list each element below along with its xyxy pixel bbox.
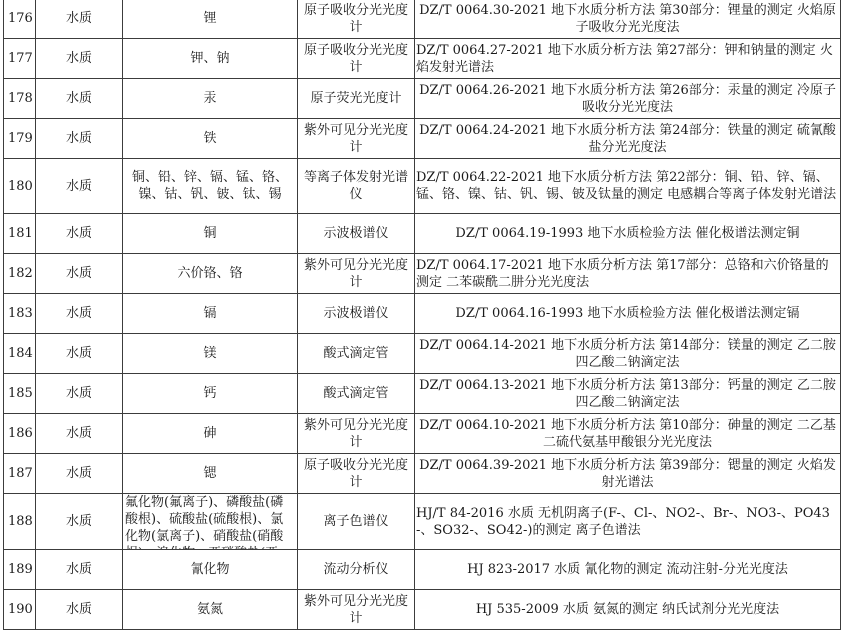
row-number: 190 <box>4 590 36 630</box>
standard-cell: HJ/T 84-2016 水质 无机阴离子(F-、Cl-、NO2-、Br-、NO… <box>415 494 841 550</box>
item-cell: 钙 <box>123 374 298 414</box>
category-cell: 水质 <box>36 254 123 294</box>
row-number: 189 <box>4 550 36 590</box>
row-number: 182 <box>4 254 36 294</box>
category-cell: 水质 <box>36 214 123 254</box>
instrument-cell: 紫外可见分光光度计 <box>298 254 415 294</box>
standard-cell: DZ/T 0064.16-1993 地下水质检验方法 催化极谱法测定镉 <box>415 294 841 334</box>
item-cell: 镉 <box>123 294 298 334</box>
category-cell: 水质 <box>36 374 123 414</box>
row-number: 180 <box>4 159 36 214</box>
instrument-cell: 示波极谱仪 <box>298 214 415 254</box>
instrument-cell: 等离子体发射光谱仪 <box>298 159 415 214</box>
row-number: 178 <box>4 79 36 119</box>
standard-cell: DZ/T 0064.22-2021 地下水质分析方法 第22部分：铜、铅、锌、镉… <box>415 159 841 214</box>
table-row: 182 水质 六价铬、铬 紫外可见分光光度计 DZ/T 0064.17-2021… <box>4 254 841 294</box>
category-cell: 水质 <box>36 119 123 159</box>
standard-cell: DZ/T 0064.27-2021 地下水质分析方法 第27部分：钾和钠量的测定… <box>415 39 841 79</box>
table-row: 180 水质 铜、铅、锌、镉、锰、铬、镍、钴、钒、铍、钛、锡 等离子体发射光谱仪… <box>4 159 841 214</box>
instrument-cell: 酸式滴定管 <box>298 334 415 374</box>
table-row: 178 水质 汞 原子荧光光度计 DZ/T 0064.26-2021 地下水质分… <box>4 79 841 119</box>
item-cell: 钾、钠 <box>123 39 298 79</box>
instrument-cell: 示波极谱仪 <box>298 294 415 334</box>
standard-cell: HJ 823-2017 水质 氰化物的测定 流动注射-分光光度法 <box>415 550 841 590</box>
item-cell: 汞 <box>123 79 298 119</box>
table-row: 185 水质 钙 酸式滴定管 DZ/T 0064.13-2021 地下水质分析方… <box>4 374 841 414</box>
category-cell: 水质 <box>36 454 123 494</box>
instrument-cell: 紫外可见分光光度计 <box>298 414 415 454</box>
item-cell: 六价铬、铬 <box>123 254 298 294</box>
instrument-cell: 原子吸收分光光度计 <box>298 0 415 39</box>
table-row: 179 水质 铁 紫外可见分光光度计 DZ/T 0064.24-2021 地下水… <box>4 119 841 159</box>
category-cell: 水质 <box>36 39 123 79</box>
table-row: 184 水质 镁 酸式滴定管 DZ/T 0064.14-2021 地下水质分析方… <box>4 334 841 374</box>
table-row: 187 水质 锶 原子吸收分光光度计 DZ/T 0064.39-2021 地下水… <box>4 454 841 494</box>
instrument-cell: 原子吸收分光光度计 <box>298 39 415 79</box>
standard-cell: DZ/T 0064.14-2021 地下水质分析方法 第14部分：镁量的测定 乙… <box>415 334 841 374</box>
standard-cell: DZ/T 0064.19-1993 地下水质检验方法 催化极谱法测定铜 <box>415 214 841 254</box>
instrument-cell: 紫外可见分光光度计 <box>298 590 415 630</box>
standard-cell: DZ/T 0064.24-2021 地下水质分析方法 第24部分：铁量的测定 硫… <box>415 119 841 159</box>
row-number: 176 <box>4 0 36 39</box>
standard-cell: HJ 535-2009 水质 氨氮的测定 纳氏试剂分光光度法 <box>415 590 841 630</box>
row-number: 186 <box>4 414 36 454</box>
test-methods-table: 176 水质 锂 原子吸收分光光度计 DZ/T 0064.30-2021 地下水… <box>3 0 841 630</box>
instrument-cell: 流动分析仪 <box>298 550 415 590</box>
standard-cell: DZ/T 0064.13-2021 地下水质分析方法 第13部分：钙量的测定 乙… <box>415 374 841 414</box>
standard-cell: DZ/T 0064.30-2021 地下水质分析方法 第30部分：锂量的测定 火… <box>415 0 841 39</box>
standard-cell: DZ/T 0064.39-2021 地下水质分析方法 第39部分：锶量的测定 火… <box>415 454 841 494</box>
item-cell: 铜 <box>123 214 298 254</box>
instrument-cell: 原子吸收分光光度计 <box>298 454 415 494</box>
standard-cell: DZ/T 0064.17-2021 地下水质分析方法 第17部分：总铬和六价铬量… <box>415 254 841 294</box>
instrument-cell: 原子荧光光度计 <box>298 79 415 119</box>
table-row: 189 水质 氰化物 流动分析仪 HJ 823-2017 水质 氰化物的测定 流… <box>4 550 841 590</box>
instrument-cell: 离子色谱仪 <box>298 494 415 550</box>
category-cell: 水质 <box>36 294 123 334</box>
item-cell: 铜、铅、锌、镉、锰、铬、镍、钴、钒、铍、钛、锡 <box>123 159 298 214</box>
category-cell: 水质 <box>36 494 123 550</box>
category-cell: 水质 <box>36 550 123 590</box>
table-row: 181 水质 铜 示波极谱仪 DZ/T 0064.19-1993 地下水质检验方… <box>4 214 841 254</box>
row-number: 188 <box>4 494 36 550</box>
category-cell: 水质 <box>36 159 123 214</box>
table-row: 183 水质 镉 示波极谱仪 DZ/T 0064.16-1993 地下水质检验方… <box>4 294 841 334</box>
category-cell: 水质 <box>36 79 123 119</box>
standard-cell: DZ/T 0064.10-2021 地下水质分析方法 第10部分：砷量的测定 二… <box>415 414 841 454</box>
instrument-cell: 酸式滴定管 <box>298 374 415 414</box>
row-number: 179 <box>4 119 36 159</box>
row-number: 181 <box>4 214 36 254</box>
row-number: 187 <box>4 454 36 494</box>
item-cell: 锶 <box>123 454 298 494</box>
table-row: 188 水质 氟化物(氟离子)、磷酸盐(磷酸根)、硫酸盐(硫酸根)、氯化物(氯离… <box>4 494 841 550</box>
category-cell: 水质 <box>36 0 123 39</box>
item-cell: 锂 <box>123 0 298 39</box>
table-row: 186 水质 砷 紫外可见分光光度计 DZ/T 0064.10-2021 地下水… <box>4 414 841 454</box>
item-cell: 镁 <box>123 334 298 374</box>
table-row: 177 水质 钾、钠 原子吸收分光光度计 DZ/T 0064.27-2021 地… <box>4 39 841 79</box>
item-cell: 氨氮 <box>123 590 298 630</box>
item-cell: 铁 <box>123 119 298 159</box>
item-cell: 氰化物 <box>123 550 298 590</box>
item-cell: 砷 <box>123 414 298 454</box>
item-cell: 氟化物(氟离子)、磷酸盐(磷酸根)、硫酸盐(硫酸根)、氯化物(氯离子)、硝酸盐(… <box>123 494 298 550</box>
instrument-cell: 紫外可见分光光度计 <box>298 119 415 159</box>
row-number: 177 <box>4 39 36 79</box>
row-number: 184 <box>4 334 36 374</box>
table-row: 190 水质 氨氮 紫外可见分光光度计 HJ 535-2009 水质 氨氮的测定… <box>4 590 841 630</box>
row-number: 183 <box>4 294 36 334</box>
category-cell: 水质 <box>36 334 123 374</box>
category-cell: 水质 <box>36 590 123 630</box>
standard-cell: DZ/T 0064.26-2021 地下水质分析方法 第26部分：汞量的测定 冷… <box>415 79 841 119</box>
table-row: 176 水质 锂 原子吸收分光光度计 DZ/T 0064.30-2021 地下水… <box>4 0 841 39</box>
category-cell: 水质 <box>36 414 123 454</box>
row-number: 185 <box>4 374 36 414</box>
item-text: 氟化物(氟离子)、磷酸盐(磷酸根)、硫酸盐(硫酸根)、氯化物(氯离子)、硝酸盐(… <box>125 494 295 549</box>
